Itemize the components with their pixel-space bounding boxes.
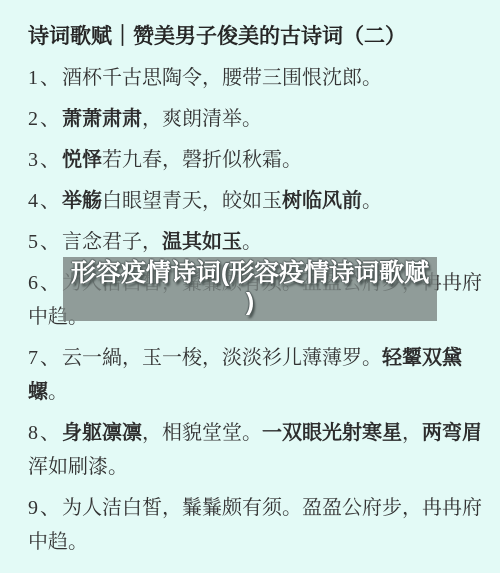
- poem-segment: 。: [242, 231, 262, 253]
- poem-item: 1、酒杯千古思陶令，腰带三围恨沈郎。: [28, 61, 472, 95]
- poem-segment: 酒杯千古思陶令，腰带三围恨沈郎。: [62, 67, 382, 89]
- poem-segment: ，: [402, 422, 422, 444]
- poem-segment: 若九春，磬折似秋霜。: [102, 149, 302, 171]
- watermark-text-line2: ): [63, 288, 437, 317]
- poem-segment-bold: 轻颦双黛: [382, 347, 462, 369]
- poem-number: 7、: [28, 347, 62, 369]
- article-title: 诗词歌赋｜赞美男子俊美的古诗词（二）: [28, 21, 472, 52]
- watermark-overlay: 形容疫情诗词(形容疫情诗词歌赋 ): [63, 257, 437, 321]
- poem-number: 3、: [28, 149, 62, 171]
- poem-segment: 为人洁白皙，鬑鬑颇有须。盈盈公府步，冉冉府: [62, 497, 482, 519]
- poem-item: 5、言念君子，温其如玉。: [28, 225, 472, 259]
- poem-segment: 言念君子，: [62, 231, 162, 253]
- poem-item: 9、为人洁白皙，鬑鬑颇有须。盈盈公府步，冉冉府中趋。: [28, 491, 472, 559]
- poem-number: 6、: [28, 272, 62, 294]
- poem-number: 1、: [28, 67, 62, 89]
- poem-segment: 白眼望青天，皎如玉: [102, 190, 282, 212]
- poem-segment: 浑如刷漆。: [28, 456, 128, 478]
- poem-segment: ，爽朗清举。: [142, 108, 262, 130]
- poem-item: 8、身躯凛凛，相貌堂堂。一双眼光射寒星，两弯眉浑如刷漆。: [28, 416, 472, 484]
- poem-segment-bold: 树临风前: [282, 190, 362, 212]
- poem-segment-bold: 两弯眉: [422, 422, 482, 444]
- poem-item: 3、悦怿若九春，磬折似秋霜。: [28, 143, 472, 177]
- poem-number: 2、: [28, 108, 62, 130]
- poem-segment: 。: [48, 381, 68, 403]
- poem-number: 4、: [28, 190, 62, 212]
- poem-segment: 。: [362, 190, 382, 212]
- poem-item: 4、举觞白眼望青天，皎如玉树临风前。: [28, 184, 472, 218]
- poem-segment-bold: 一双眼光射寒星: [262, 422, 402, 444]
- poem-segment-bold: 悦怿: [62, 149, 102, 171]
- poem-segment-bold: 螺: [28, 381, 48, 403]
- poem-segment: 中趋。: [28, 531, 88, 553]
- poem-segment-bold: 身躯凛凛: [62, 422, 142, 444]
- poem-segment: 云一緺，玉一梭，淡淡衫儿薄薄罗。: [62, 347, 382, 369]
- poem-segment-bold: 举觞: [62, 190, 102, 212]
- poem-number: 5、: [28, 231, 62, 253]
- poem-item: 2、萧萧肃肃，爽朗清举。: [28, 102, 472, 136]
- poem-item: 7、云一緺，玉一梭，淡淡衫儿薄薄罗。轻颦双黛螺。: [28, 341, 472, 409]
- watermark-text-line1: 形容疫情诗词(形容疫情诗词歌赋: [63, 259, 437, 288]
- poem-segment-bold: 温其如玉: [162, 231, 242, 253]
- poem-segment-bold: 萧萧肃肃: [62, 108, 142, 130]
- poem-number: 9、: [28, 497, 62, 519]
- poem-segment: ，相貌堂堂。: [142, 422, 262, 444]
- poem-number: 8、: [28, 422, 62, 444]
